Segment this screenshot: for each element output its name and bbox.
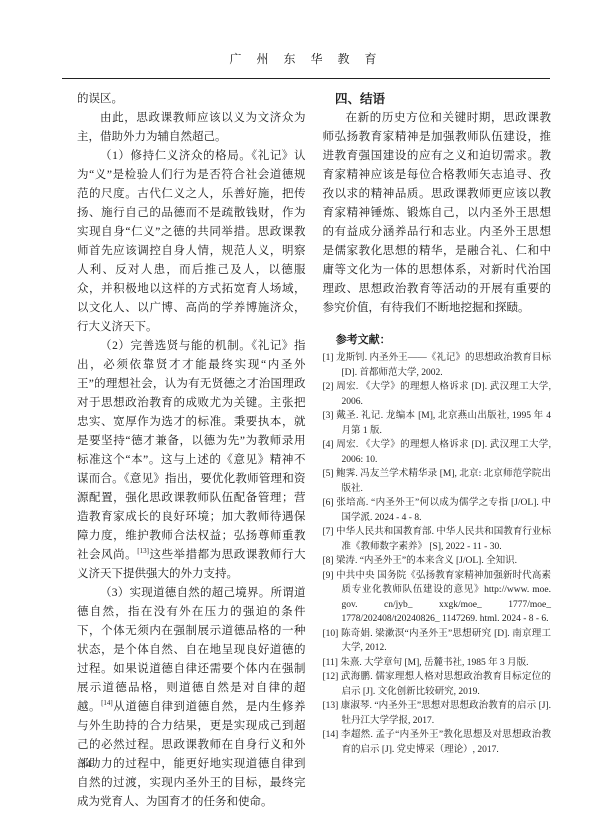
reference-text: 龙斯钊. 内圣外王——《礼记》的思想政治教育目标 [D]. 首都师范大学, 20… bbox=[336, 353, 551, 378]
reference-number: [14] bbox=[323, 730, 342, 740]
body-paragraph: （1）修持仁义济众的格局。《礼记》认为“义”是检验人们行为是否符合社会道德规范的… bbox=[77, 147, 306, 337]
reference-item: [10] 陈奇娟. 梁漱溟“内圣外王”思想研究 [D]. 南京理工大学, 201… bbox=[323, 627, 552, 656]
journal-title: 广 州 东 华 教 育 bbox=[0, 50, 612, 67]
reference-number: [1] bbox=[323, 353, 337, 363]
reference-item: [5] 鲍霁. 冯友兰学术精华录 [M], 北京: 北京师范学院出版社. bbox=[323, 467, 552, 496]
paragraph-text: （1）修持仁义济众的格局。《礼记》认为“义”是检验人们行为是否符合社会道德规范的… bbox=[77, 150, 306, 333]
reference-item: [6] 张培高. “内圣外王”何以成为儒学之专指 [J/OL]. 中国学派. 2… bbox=[323, 496, 552, 525]
reference-text: 中华人民共和国教育部. 中华人民共和国教育行业标准《教师数字素养》 [S], 2… bbox=[336, 527, 551, 552]
reference-number: [4] bbox=[323, 440, 337, 450]
conclusion-paragraph: 在新的历史方位和关键时期，思政课教师弘扬教育家精神是加强教师队伍建设，推进教育强… bbox=[323, 109, 552, 318]
reference-text: 朱熹. 大学章句 [M], 岳麓书社, 1985 年 3 月版. bbox=[340, 658, 528, 668]
reference-text: 李超然. 孟子“内圣外王”教化思想及对思想政治教育的启示 [J]. 党史博采（理… bbox=[341, 730, 551, 755]
reference-text: 戴圣. 礼记. 龙编本 [M], 北京燕山出版社, 1995 年 4 月第 1 … bbox=[336, 411, 551, 436]
reference-text: 周宏. 《大学》的理想人格诉求 [D]. 武汉理工大学, 2006. bbox=[336, 382, 551, 407]
reference-text: 陈奇娟. 梁漱溟“内圣外王”思想研究 [D]. 南京理工大学, 2012. bbox=[341, 629, 551, 654]
reference-text: 张培高. “内圣外王”何以成为儒学之专指 [J/OL]. 中国学派. 2024 … bbox=[336, 498, 551, 523]
reference-item: [9] 中共中央 国务院《弘扬教育家精神加强新时代高素质专业化教师队伍建设的意见… bbox=[323, 569, 552, 627]
reference-text: 梁涛. “内圣外王”的本来含义 [J/OL]. 全知识. bbox=[336, 556, 517, 566]
reference-item: [4] 周宏. 《大学》的理想人格诉求 [D]. 武汉理工大学, 2006: 1… bbox=[323, 438, 552, 467]
paragraph-text: （3）实现道德自然的超己境界。所谓道德自然，指在没有外在压力的强迫的条件下，个体… bbox=[77, 587, 306, 713]
header-rule bbox=[62, 78, 550, 79]
paragraph-text: 的误区。 bbox=[77, 93, 123, 105]
reference-number: [3] bbox=[323, 411, 337, 421]
reference-number: [7] bbox=[323, 527, 337, 537]
citation-superscript: [14] bbox=[101, 699, 113, 707]
reference-number: [8] bbox=[323, 556, 336, 566]
reference-number: [9] bbox=[323, 571, 337, 581]
paragraph-text: 由此，思政课教师应该以义为文济众为主，借助外力为辅自然超己。 bbox=[77, 112, 306, 143]
left-column: 的误区。由此，思政课教师应该以义为文济众为主，借助外力为辅自然超己。（1）修持仁… bbox=[77, 90, 306, 812]
reference-number: [11] bbox=[323, 658, 341, 668]
reference-text: 中共中央 国务院《弘扬教育家精神加强新时代高素质专业化教师队伍建设的意见》htt… bbox=[336, 571, 551, 625]
body-paragraph: （3）实现道德自然的超己境界。所谓道德自然，指在没有外在压力的强迫的条件下，个体… bbox=[77, 584, 306, 812]
reference-item: [1] 龙斯钊. 内圣外王——《礼记》的思想政治教育目标 [D]. 首都师范大学… bbox=[323, 351, 552, 380]
body-paragraph: 由此，思政课教师应该以义为文济众为主，借助外力为辅自然超己。 bbox=[77, 109, 306, 147]
reference-item: [8] 梁涛. “内圣外王”的本来含义 [J/OL]. 全知识. bbox=[323, 554, 552, 569]
body-paragraph: （2）完善选贤与能的机制。《礼记》指出，必须依靠贤才才能最终实现“内圣外王”的理… bbox=[77, 337, 306, 584]
paragraph-text: （2）完善选贤与能的机制。《礼记》指出，必须依靠贤才才能最终实现“内圣外王”的理… bbox=[77, 340, 306, 561]
page-number: 34 bbox=[80, 758, 91, 770]
references-heading: 参考文献： bbox=[323, 332, 552, 348]
reference-text: 康淑琴. “内圣外王”思想对思想政治教育的启示 [J]. 牡丹江大学学报, 20… bbox=[341, 701, 551, 726]
reference-number: [12] bbox=[323, 672, 341, 682]
reference-item: [3] 戴圣. 礼记. 龙编本 [M], 北京燕山出版社, 1995 年 4 月… bbox=[323, 409, 552, 438]
paragraph-text: 从道德自律到道德自然，是内生修养与外生助持的合力结果，更是实现成己到超己的必然过… bbox=[77, 701, 306, 808]
conclusion-heading: 四、结语 bbox=[323, 90, 552, 109]
reference-text: 武海鹏. 儒家理想人格对思想政治教育目标定位的启示 [J]. 文化创新比较研究,… bbox=[341, 672, 551, 697]
reference-item: [14] 李超然. 孟子“内圣外王”教化思想及对思想政治教育的启示 [J]. 党… bbox=[323, 728, 552, 757]
reference-number: [2] bbox=[323, 382, 337, 392]
two-column-layout: 的误区。由此，思政课教师应该以义为文济众为主，借助外力为辅自然超己。（1）修持仁… bbox=[77, 90, 551, 812]
reference-item: [13] 康淑琴. “内圣外王”思想对思想政治教育的启示 [J]. 牡丹江大学学… bbox=[323, 699, 552, 728]
references-list: [1] 龙斯钊. 内圣外王——《礼记》的思想政治教育目标 [D]. 首都师范大学… bbox=[323, 351, 552, 757]
reference-text: 周宏. 《大学》的理想人格诉求 [D]. 武汉理工大学, 2006: 10. bbox=[336, 440, 551, 465]
reference-item: [2] 周宏. 《大学》的理想人格诉求 [D]. 武汉理工大学, 2006. bbox=[323, 380, 552, 409]
reference-text: 鲍霁. 冯友兰学术精华录 [M], 北京: 北京师范学院出版社. bbox=[336, 469, 551, 494]
reference-number: [13] bbox=[323, 701, 341, 711]
reference-number: [5] bbox=[323, 469, 337, 479]
reference-number: [10] bbox=[323, 629, 341, 639]
reference-item: [12] 武海鹏. 儒家理想人格对思想政治教育目标定位的启示 [J]. 文化创新… bbox=[323, 670, 552, 699]
citation-superscript: [13] bbox=[137, 547, 149, 555]
reference-item: [7] 中华人民共和国教育部. 中华人民共和国教育行业标准《教师数字素养》 [S… bbox=[323, 525, 552, 554]
right-column: 四、结语 在新的历史方位和关键时期，思政课教师弘扬教育家精神是加强教师队伍建设，… bbox=[323, 90, 552, 812]
reference-number: [6] bbox=[323, 498, 337, 508]
document-page: 广 州 东 华 教 育 的误区。由此，思政课教师应该以义为文济众为主，借助外力为… bbox=[0, 0, 612, 839]
reference-item: [11] 朱熹. 大学章句 [M], 岳麓书社, 1985 年 3 月版. bbox=[323, 656, 552, 671]
body-paragraph: 的误区。 bbox=[77, 90, 306, 109]
